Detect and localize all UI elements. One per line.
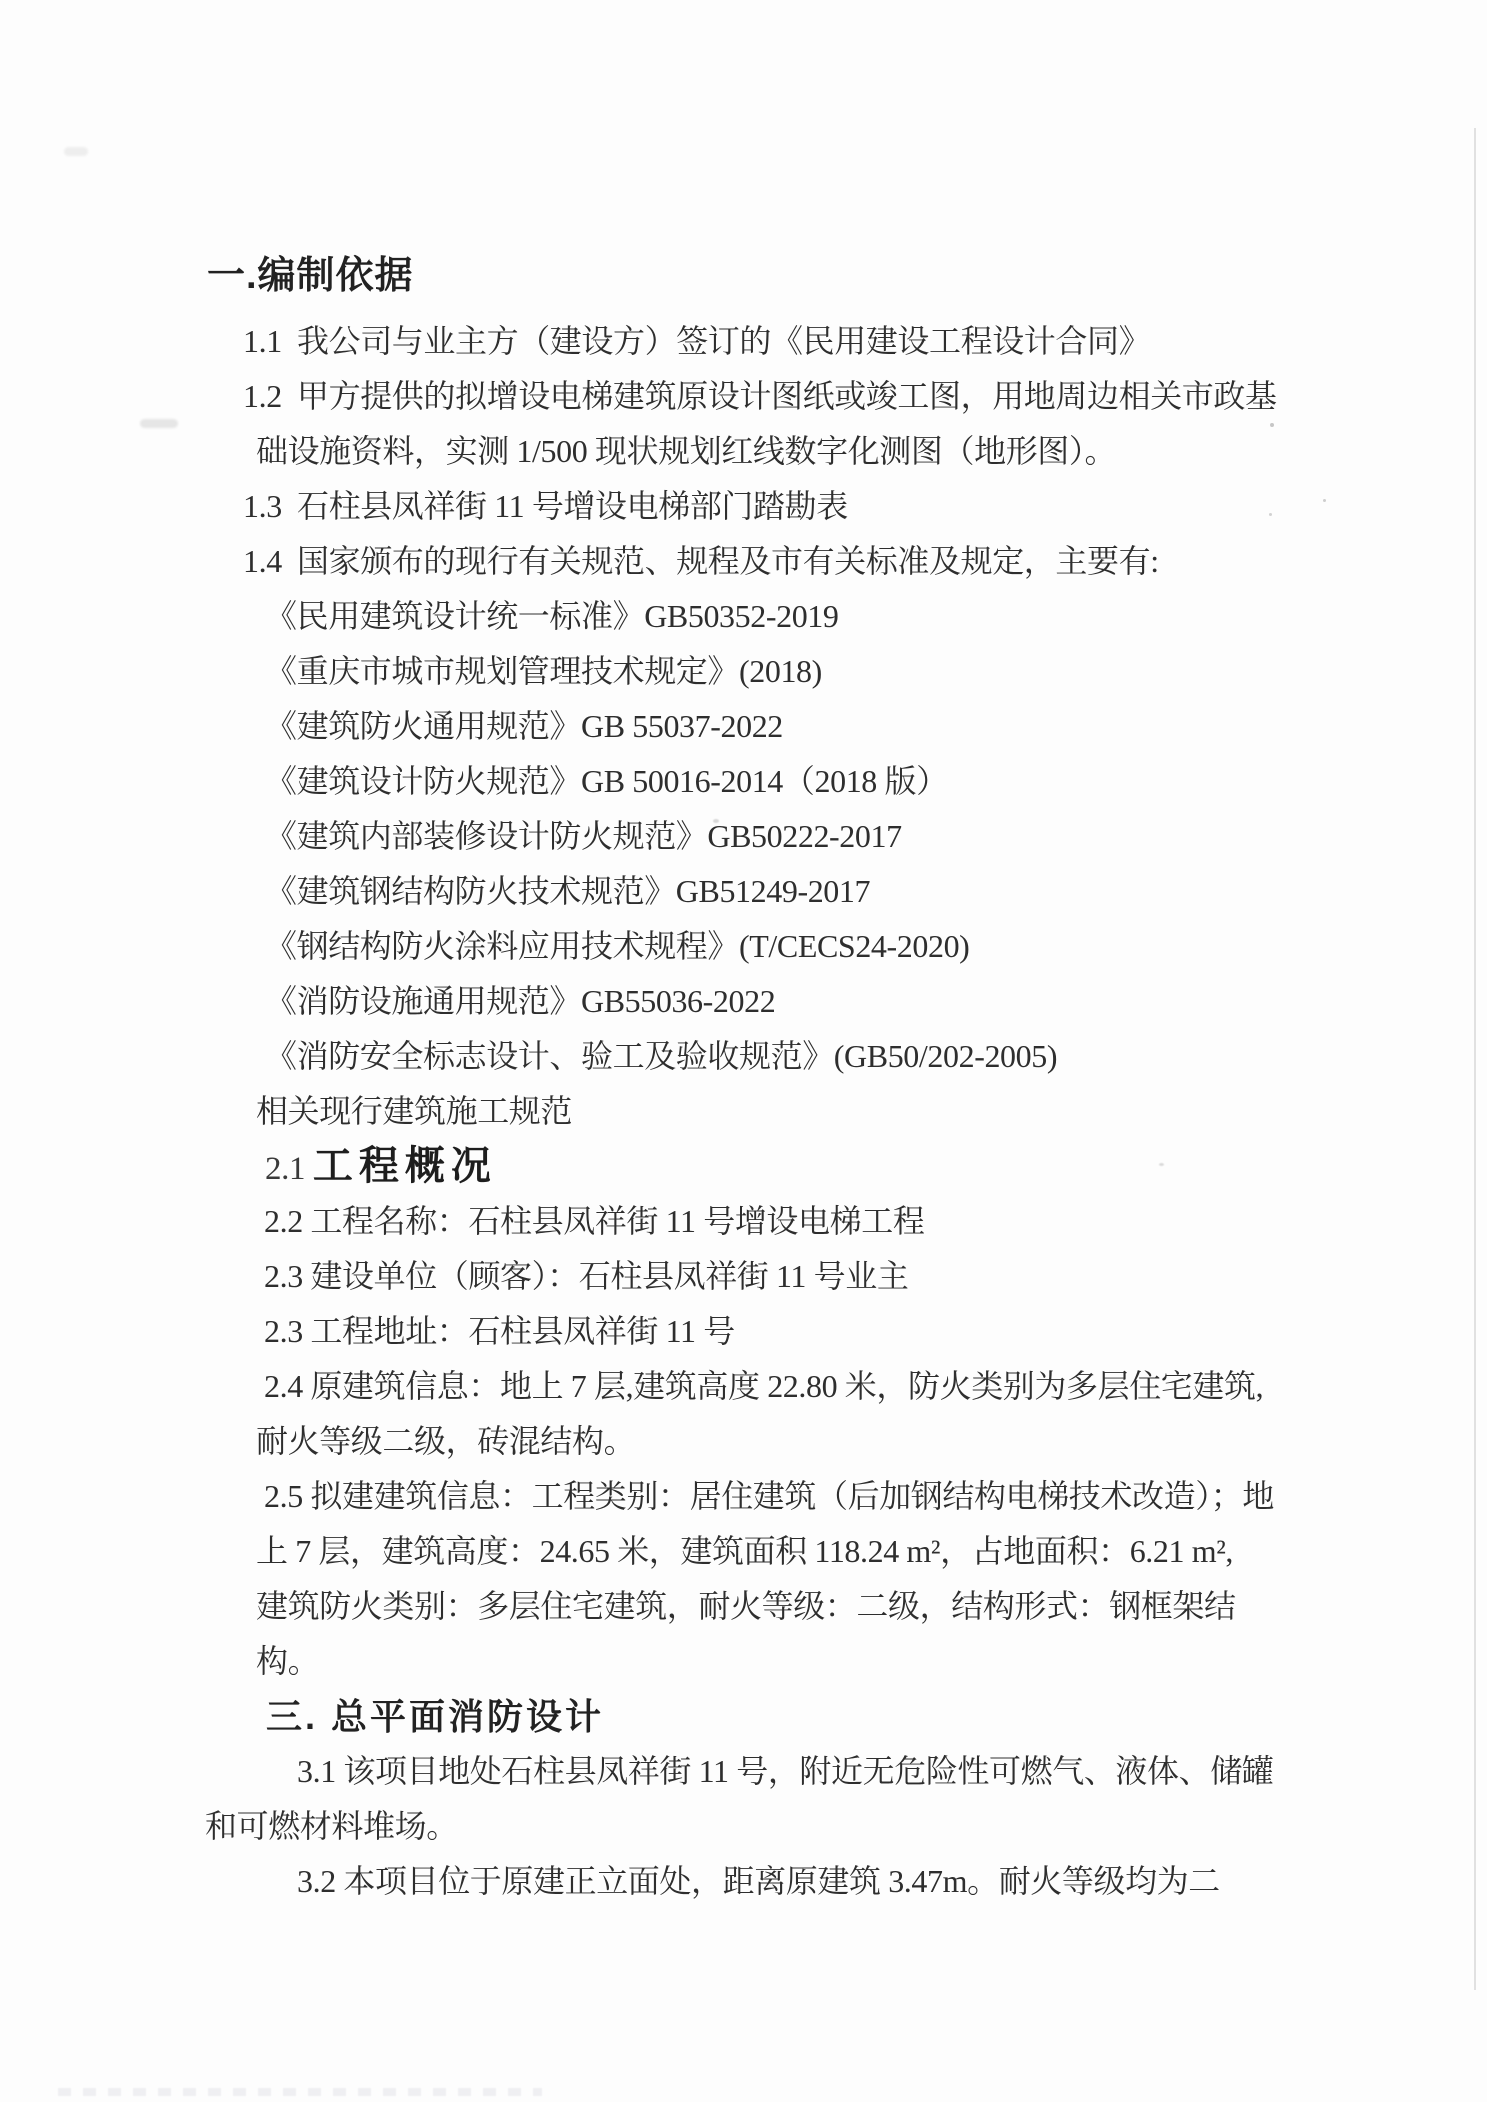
page-bleed-through-text xyxy=(58,2088,542,2096)
document-line-29: 和可燃材料堆场。 xyxy=(205,1799,1327,1854)
document-line-25: 建筑防火类别：多层住宅建筑，耐火等级：二级，结构形式：钢框架结 xyxy=(256,1579,1327,1634)
scan-smudge xyxy=(140,419,178,428)
scan-page-edge-line xyxy=(1474,128,1476,1990)
document-line-14: 《消防设施通用规范》GB55036-2022 xyxy=(265,974,1327,1029)
document-line-2: 1.1 我公司与业主方（建设方）签订的《民用建设工程设计合同》 xyxy=(243,314,1327,369)
document-line-7: 《民用建筑设计统一标准》GB50352-2019 xyxy=(265,589,1327,644)
document-line-11: 《建筑内部装修设计防火规范》GB50222-2017 xyxy=(265,809,1327,864)
document-line-18: 2.2 工程名称：石柱县凤祥街 11 号增设电梯工程 xyxy=(264,1194,1327,1249)
document-line-17: 2.1 工程概况 xyxy=(265,1139,1327,1194)
section-title: 工程概况 xyxy=(313,1144,497,1188)
document-line-30: 3.2 本项目位于原建正立面处，距离原建筑 3.47m。耐火等级均为二 xyxy=(297,1854,1327,1909)
document-line-13: 《钢结构防火涂料应用技术规程》(T/CECS24-2020) xyxy=(265,919,1327,974)
document-line-3: 1.2 甲方提供的拟增设电梯建筑原设计图纸或竣工图，用地周边相关市政基 xyxy=(243,369,1327,424)
document-line-24: 上 7 层，建筑高度：24.65 米，建筑面积 118.24 m²，占地面积：6… xyxy=(256,1524,1327,1579)
document-line-15: 《消防安全标志设计、验工及验收规范》(GB50/202-2005) xyxy=(265,1029,1327,1084)
document-line-8: 《重庆市城市规划管理技术规定》(2018) xyxy=(265,644,1327,699)
document-line-16: 相关现行建筑施工规范 xyxy=(256,1084,1327,1139)
document-line-20: 2.3 工程地址：石柱县凤祥街 11 号 xyxy=(264,1304,1327,1359)
scan-smudge xyxy=(64,147,88,156)
document-line-9: 《建筑防火通用规范》GB 55037-2022 xyxy=(265,699,1327,754)
document-line-23: 2.5 拟建建筑信息：工程类别：居住建筑（后加钢结构电梯技术改造）；地 xyxy=(264,1469,1327,1524)
document-line-1: 一.编制依据 xyxy=(207,249,1327,304)
document-line-21: 2.4 原建筑信息：地上 7 层,建筑高度 22.80 米，防火类别为多层住宅建… xyxy=(264,1359,1327,1414)
document-line-22: 耐火等级二级，砖混结构。 xyxy=(256,1414,1327,1469)
document-line-19: 2.3 建设单位（顾客）：石柱县凤祥街 11 号业主 xyxy=(264,1249,1327,1304)
document-line-5: 1.3 石柱县凤祥街 11 号增设电梯部门踏勘表 xyxy=(243,479,1327,534)
document-body: 一.编制依据1.1 我公司与业主方（建设方）签订的《民用建设工程设计合同》1.2… xyxy=(207,249,1327,1909)
document-line-12: 《建筑钢结构防火技术规范》GB51249-2017 xyxy=(265,864,1327,919)
document-line-27: 三. 总平面消防设计 xyxy=(266,1689,1327,1744)
section-number: 2.1 xyxy=(265,1151,313,1187)
document-line-28: 3.1 该项目地处石柱县凤祥街 11 号，附近无危险性可燃气、液体、储罐 xyxy=(297,1744,1327,1799)
scanned-document-page: 一.编制依据1.1 我公司与业主方（建设方）签订的《民用建设工程设计合同》1.2… xyxy=(0,0,1487,2102)
document-line-26: 构。 xyxy=(256,1634,1327,1689)
document-line-10: 《建筑设计防火规范》GB 50016-2014（2018 版） xyxy=(265,754,1327,809)
document-line-6: 1.4 国家颁布的现行有关规范、规程及市有关标准及规定，主要有: xyxy=(243,534,1327,589)
document-line-4: 础设施资料，实测 1/500 现状规划红线数字化测图（地形图）。 xyxy=(256,424,1327,479)
